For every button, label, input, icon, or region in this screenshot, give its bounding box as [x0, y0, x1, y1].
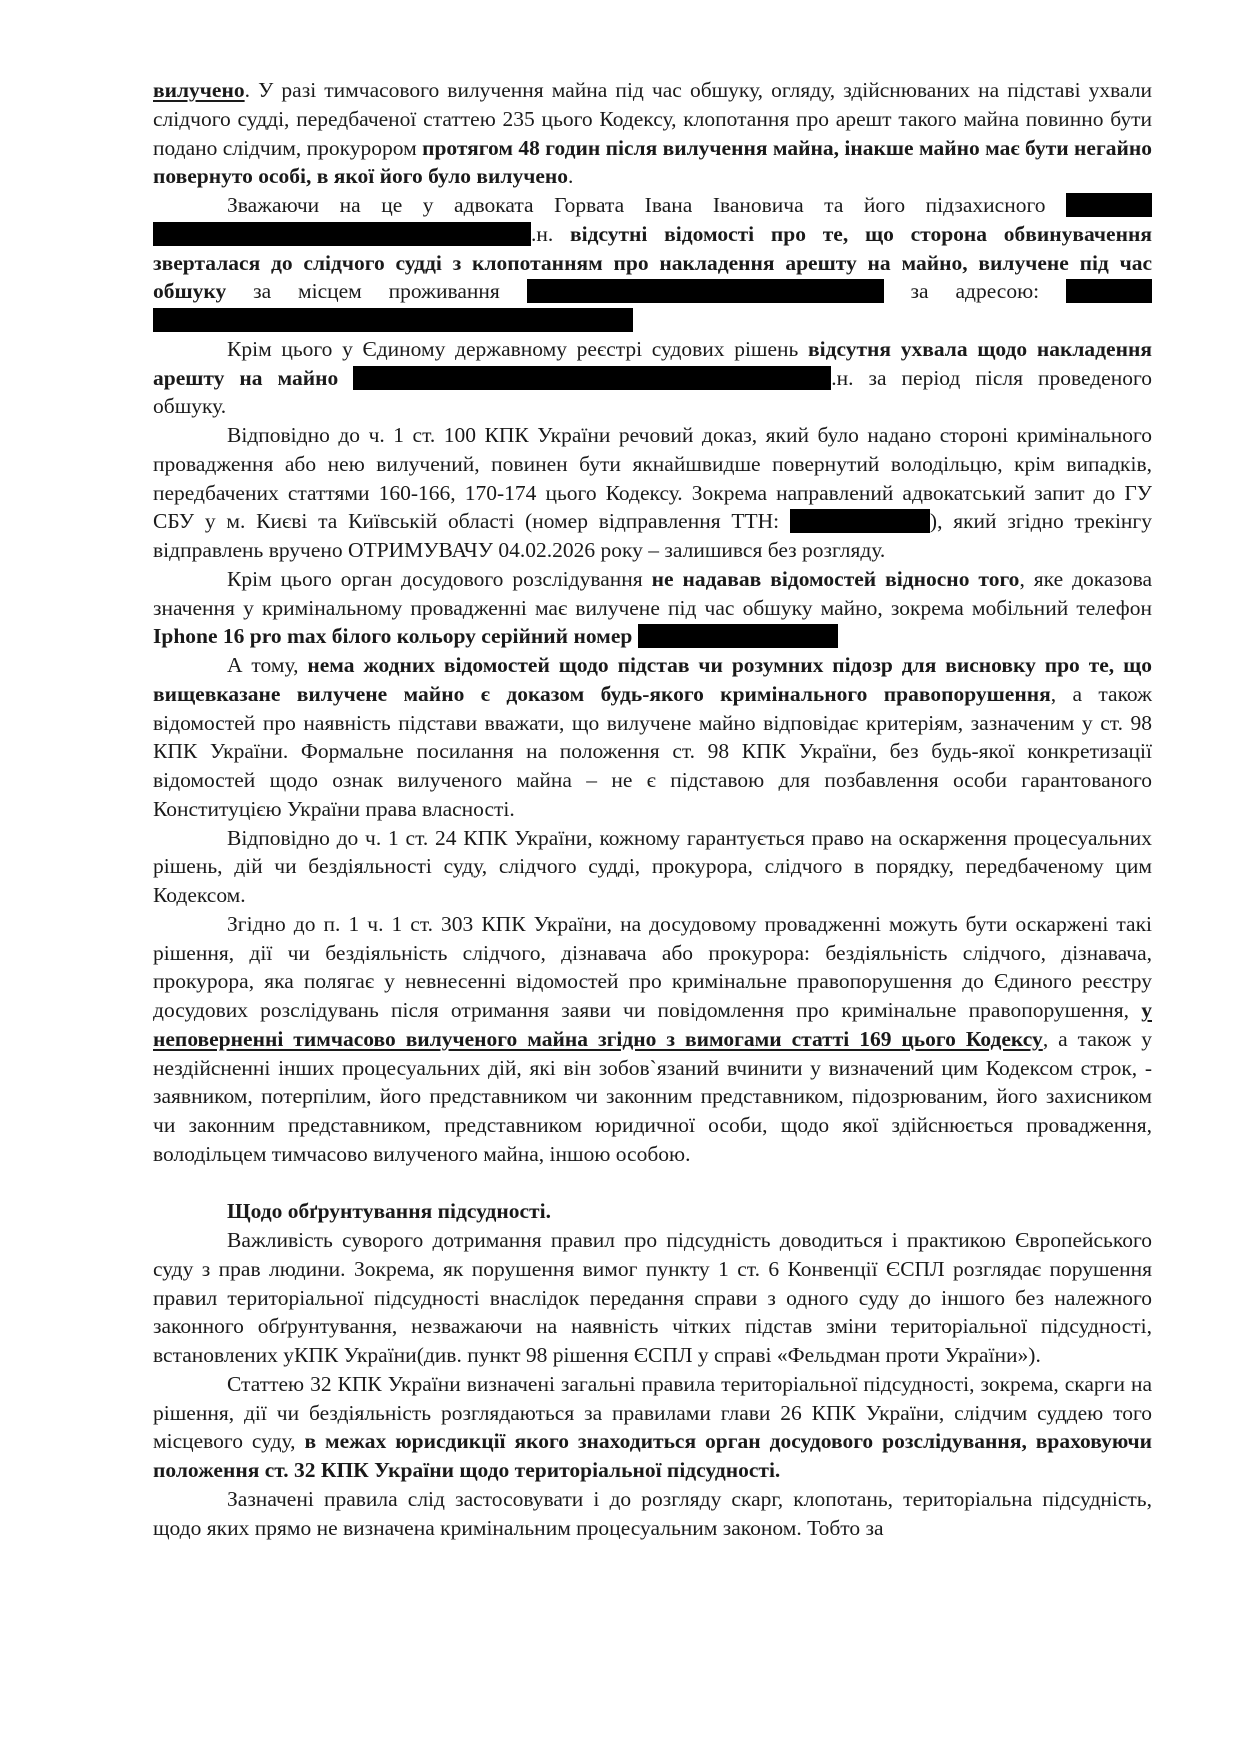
paragraph-article-24: Відповідно до ч. 1 ст. 24 КПК України, к…	[153, 824, 1152, 910]
paragraph-seized-property-deadline: вилучено. У разі тимчасового вилучення м…	[153, 76, 1152, 191]
section-heading-jurisdiction: Щодо обґрунтування підсудності.	[153, 1197, 1152, 1226]
redaction-box	[153, 222, 531, 246]
paragraph-no-grounds: А тому, нема жодних відомостей щодо підс…	[153, 651, 1152, 824]
emphasized-text: Iphone 16 pro max білого кольору серійни…	[153, 624, 632, 648]
body-text: Крім цього у Єдиному державному реєстрі …	[227, 337, 808, 361]
redaction-box	[1066, 193, 1152, 217]
paragraph-echr-practice: Важливість суворого дотримання правил пр…	[153, 1226, 1152, 1370]
paragraph-rules-application: Зазначені правила слід застосовувати і д…	[153, 1485, 1152, 1543]
redaction-box	[527, 279, 884, 303]
body-text: за місцем проживання	[226, 279, 526, 303]
redaction-box	[790, 509, 930, 533]
paragraph-registry-no-ruling: Крім цього у Єдиному державному реєстрі …	[153, 335, 1152, 421]
paragraph-evidence-value: Крім цього орган досудового розслідуванн…	[153, 565, 1152, 651]
redaction-box	[353, 366, 831, 390]
body-text	[338, 366, 353, 390]
redaction-box	[153, 308, 633, 332]
body-text: А тому,	[227, 653, 307, 677]
body-text: Зважаючи на це у адвоката Горвата Івана …	[227, 193, 1066, 217]
paragraph-article-303: Згідно до п. 1 ч. 1 ст. 303 КПК України,…	[153, 910, 1152, 1169]
body-text: .	[568, 164, 573, 188]
redaction-box	[1066, 279, 1152, 303]
body-text: Важливість суворого дотримання правил пр…	[153, 1228, 1152, 1367]
redaction-box	[638, 624, 838, 648]
paragraph-no-arrest-motion: Зважаючи на це у адвоката Горвата Івана …	[153, 191, 1152, 335]
emphasized-text: не надавав відомостей відносно того	[652, 567, 1020, 591]
emphasized-text: вилучено	[153, 78, 245, 102]
body-text: Крім цього орган досудового розслідуванн…	[227, 567, 652, 591]
document-page: вилучено. У разі тимчасового вилучення м…	[153, 76, 1152, 1542]
body-text: .н.	[531, 222, 570, 246]
spacer	[153, 1169, 1152, 1198]
paragraph-article-100: Відповідно до ч. 1 ст. 100 КПК України р…	[153, 421, 1152, 565]
body-text: Згідно до п. 1 ч. 1 ст. 303 КПК України,…	[153, 912, 1152, 1022]
body-text: Зазначені правила слід застосовувати і д…	[153, 1487, 1152, 1540]
body-text: Відповідно до ч. 1 ст. 24 КПК України, к…	[153, 826, 1152, 908]
paragraph-article-32: Статтею 32 КПК України визначені загальн…	[153, 1370, 1152, 1485]
body-text: за адресою:	[884, 279, 1066, 303]
